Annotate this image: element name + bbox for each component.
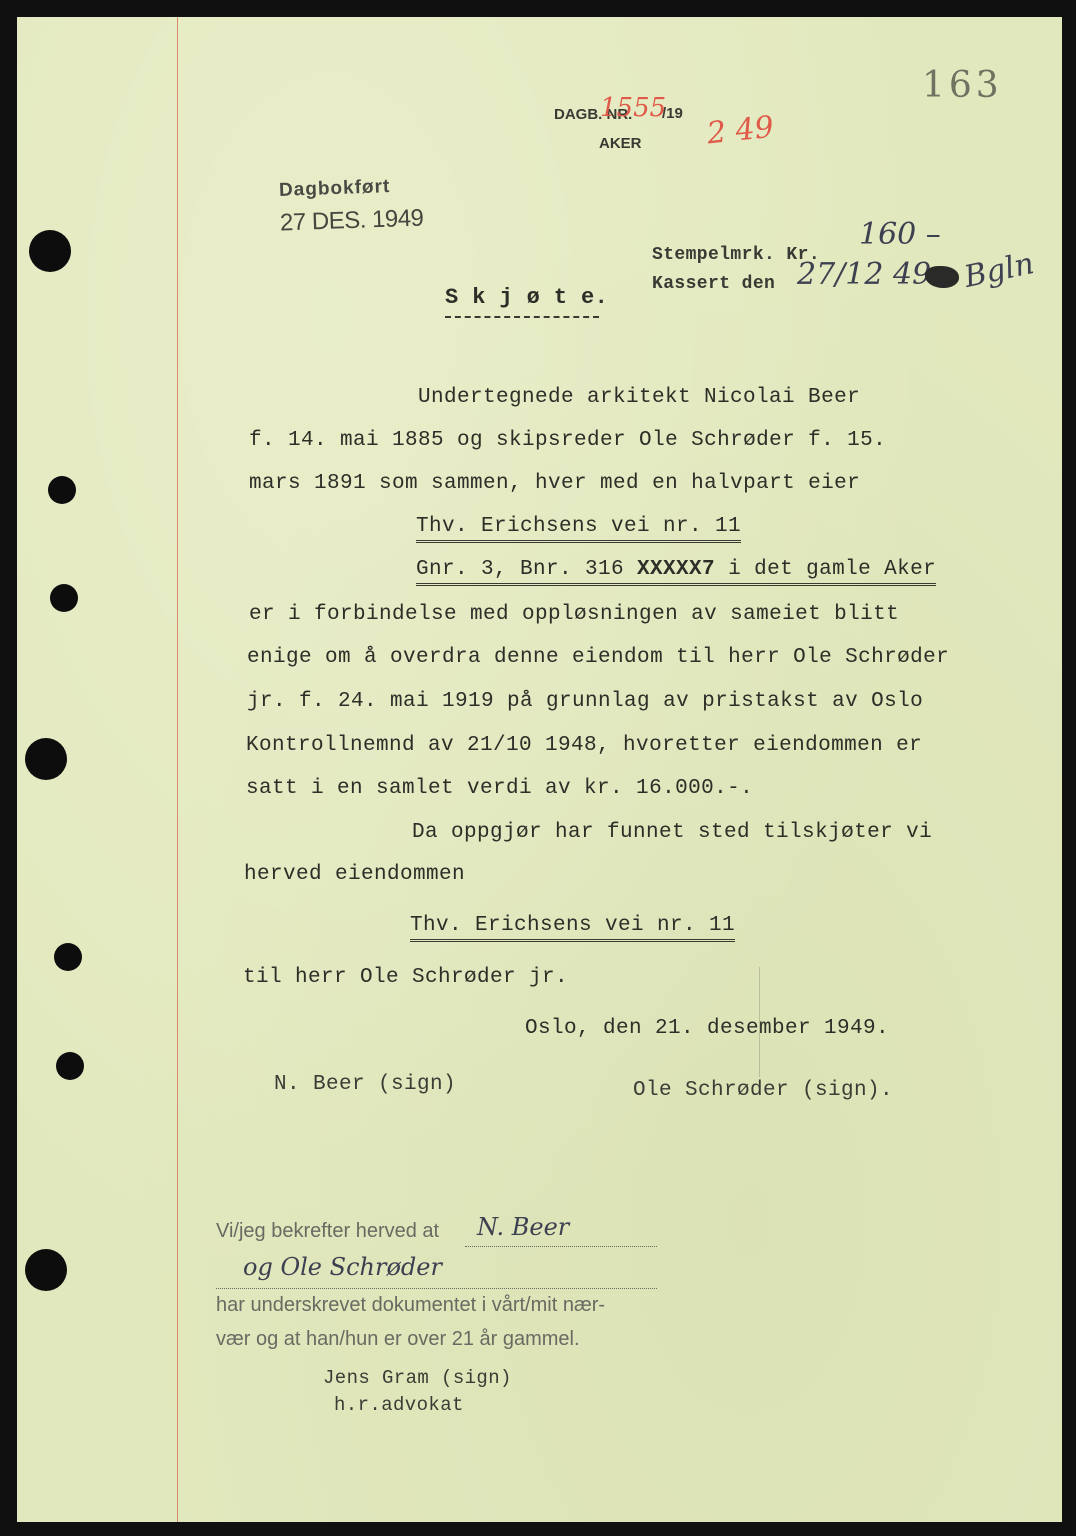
- punch-hole-icon: [29, 230, 71, 272]
- punch-hole-icon: [25, 1249, 67, 1291]
- place-date: Oslo, den 21. desember 1949.: [525, 1017, 889, 1040]
- body-line: er i forbindelse med oppløsningen av sam…: [249, 603, 899, 626]
- witness-title: h.r.advokat: [334, 1394, 464, 1416]
- property-id-line: Gnr. 3, Bnr. 316 XXXXX7 i det gamle Aker: [416, 558, 936, 586]
- margin-line: [177, 17, 178, 1522]
- document-title: S k j ø t e.: [445, 285, 608, 310]
- body-line: enige om å overdra denne eiendom til her…: [247, 646, 949, 669]
- dagb-number-handwritten: 1555: [600, 93, 666, 123]
- registration-stamp-label: Dagbokført: [279, 176, 391, 202]
- punch-hole-icon: [48, 476, 76, 504]
- witness-handwritten-name2: og Ole Schrøder: [243, 1253, 442, 1281]
- property-address: Thv. Erichsens vei nr. 11: [416, 515, 741, 543]
- stempel-label: Stempelmrk. Kr.: [652, 245, 820, 265]
- dagb-suffix: /19: [662, 105, 683, 122]
- kassert-label: Kassert den: [652, 274, 775, 294]
- property-id-prefix: Gnr. 3, Bnr. 316: [416, 558, 637, 581]
- body-line: jr. f. 24. mai 1919 på grunnlag av prist…: [247, 690, 923, 713]
- signature-left: N. Beer (sign): [274, 1073, 456, 1096]
- cashier-initials-handwritten: Bgln: [961, 246, 1037, 295]
- property-id-suffix: i det gamle Aker: [715, 558, 936, 581]
- body-line: Undertegnede arkitekt Nicolai Beer: [418, 386, 860, 409]
- dagb-date-handwritten: 2 49: [705, 110, 775, 152]
- struck-out-text: XXXXX7: [637, 558, 715, 581]
- witness-dotted-line: [465, 1246, 657, 1247]
- witness-handwritten-name1: N. Beer: [477, 1213, 569, 1241]
- document-page: 163 DAGB. NR. 1555 /19 2 49 AKER Dagbokf…: [17, 17, 1062, 1522]
- punch-hole-icon: [25, 738, 67, 780]
- punch-hole-icon: [56, 1052, 84, 1080]
- body-line: Kontrollnemnd av 21/10 1948, hvoretter e…: [246, 734, 922, 757]
- body-line: f. 14. mai 1885 og skipsreder Ole Schrød…: [249, 429, 886, 452]
- ink-stamp-blot: [925, 266, 959, 288]
- witness-line4: vær og at han/hun er over 21 år gammel.: [216, 1328, 580, 1351]
- body-line: mars 1891 som sammen, hver med en halvpa…: [249, 472, 860, 495]
- property-address: Thv. Erichsens vei nr. 11: [410, 914, 735, 942]
- page-number: 163: [922, 65, 1003, 106]
- fold-crease: [759, 967, 760, 1077]
- witness-name: Jens Gram (sign): [323, 1367, 512, 1389]
- dagb-location: AKER: [599, 135, 642, 152]
- punch-hole-icon: [50, 584, 78, 612]
- witness-line1-prefix: Vi/jeg bekrefter herved at: [216, 1220, 439, 1243]
- body-line: Da oppgjør har funnet sted tilskjøter vi: [412, 821, 932, 844]
- witness-dotted-line: [216, 1288, 657, 1289]
- registration-stamp-date: 27 DES. 1949: [280, 205, 424, 238]
- body-line: herved eiendommen: [244, 863, 465, 886]
- witness-line3: har underskrevet dokumentet i vårt/mit n…: [216, 1294, 605, 1317]
- signature-right: Ole Schrøder (sign).: [633, 1079, 893, 1102]
- title-underline: [445, 316, 599, 318]
- stempel-amount-handwritten: 160 –: [859, 217, 941, 252]
- recipient-line: til herr Ole Schrøder jr.: [243, 966, 568, 989]
- body-line: satt i en samlet verdi av kr. 16.000.-.: [246, 777, 753, 800]
- punch-hole-icon: [54, 943, 82, 971]
- kassert-date-handwritten: 27/12 49: [797, 257, 931, 292]
